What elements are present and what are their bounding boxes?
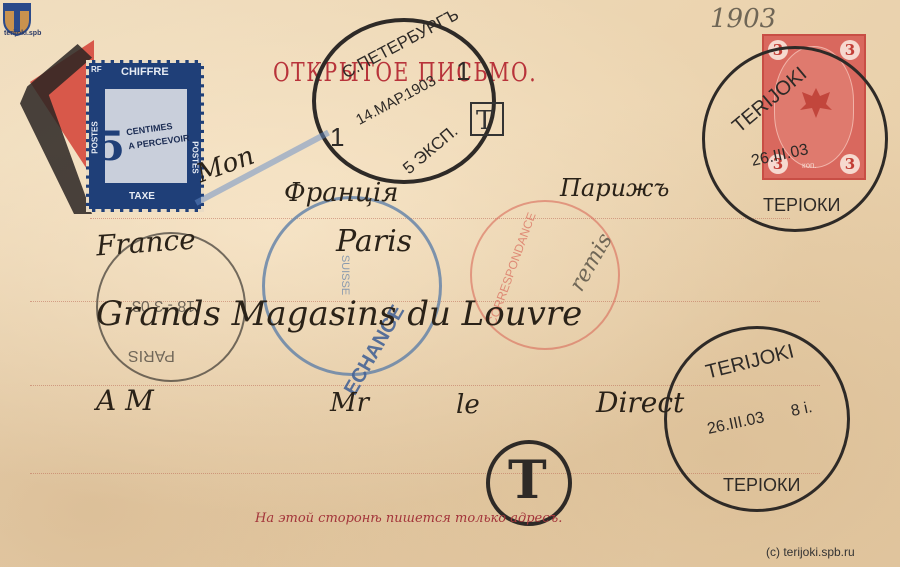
address-line [90,218,790,219]
postmark-bottom-text: ТЕРІОКИ [763,195,840,216]
postmark-st-petersburg: С.ПЕТЕРБУРГЪ 14.МАР.1903 1 1 5 ЭКСП. [312,18,496,184]
tax-box-letter: T [476,106,493,136]
stamp-corner-label: RF [91,65,102,74]
logo-caption: terijoki.spb [4,30,41,37]
postmark-date: 26.III.03 [750,141,810,171]
handwriting-line4-b: Mr [330,388,369,418]
handwriting-line3: Grands Magasins du Louvre [96,294,582,334]
address-side-note: На этой сторонѣ пишется только адресъ. [255,511,562,526]
postmark-right-num: 1 [456,56,470,87]
postmark-date: 14.МАР.1903 [353,72,439,128]
handwriting-line4-d: Direct [596,386,684,419]
handwriting-line4-c: le [456,390,480,420]
postmark-bottom-text: 5 ЭКСП. [399,121,462,178]
postmark-top-text: PARIS [128,346,175,364]
postmark-suffix: 8 i. [789,399,814,421]
tax-circle-letter: T [508,450,547,511]
postmark-date: 26.III.03 [706,409,766,439]
pencil-date: 1903 [710,4,776,34]
postmark-bottom-text: ТЕРІОКИ [723,475,800,496]
postmark-top-text: С.ПЕТЕРБУРГЪ [339,5,462,83]
stamp-value-tr: 3 [840,40,860,60]
handwriting-line4-a: A M [96,384,154,417]
handwriting-line2-left: France [95,223,197,263]
stamp-top-label: CHIFFRE [121,66,169,78]
credit-link[interactable]: (c) terijoki.spb.ru [766,545,855,559]
postcard: terijoki.spb ОТКРЫТОЕ ПИСЬМО. RF CHIFFRE… [0,0,900,567]
handwriting-line2-mid: Paris [336,224,412,259]
stamp-bottom-label: TAXE [129,191,155,202]
postmark-inner-text: SUISSE [339,255,351,295]
french-postage-due-stamp: RF CHIFFRE POSTES POSTES 5 CENTIMES A PE… [86,60,204,212]
postmark-echange: ECHANGE SUISSE [262,196,442,376]
postmark-terijoki-bottom: TERIJOKI 26.III.03 8 i. ТЕРІОКИ [664,326,850,512]
postmark-left-num: 1 [330,122,344,153]
postmark-top-text: TERIJOKI [704,340,797,384]
tax-box-mark: T [470,102,504,136]
postmark-terijoki-top: TERIJOKI 26.III.03 ТЕРІОКИ [702,46,888,232]
handwriting-line1-right: Парижъ [560,174,669,202]
handwriting-line1-mid: Франція [284,178,399,208]
postmark-top-text: TERIJOKI [728,63,812,138]
stamp-denomination: 5 [97,123,125,170]
